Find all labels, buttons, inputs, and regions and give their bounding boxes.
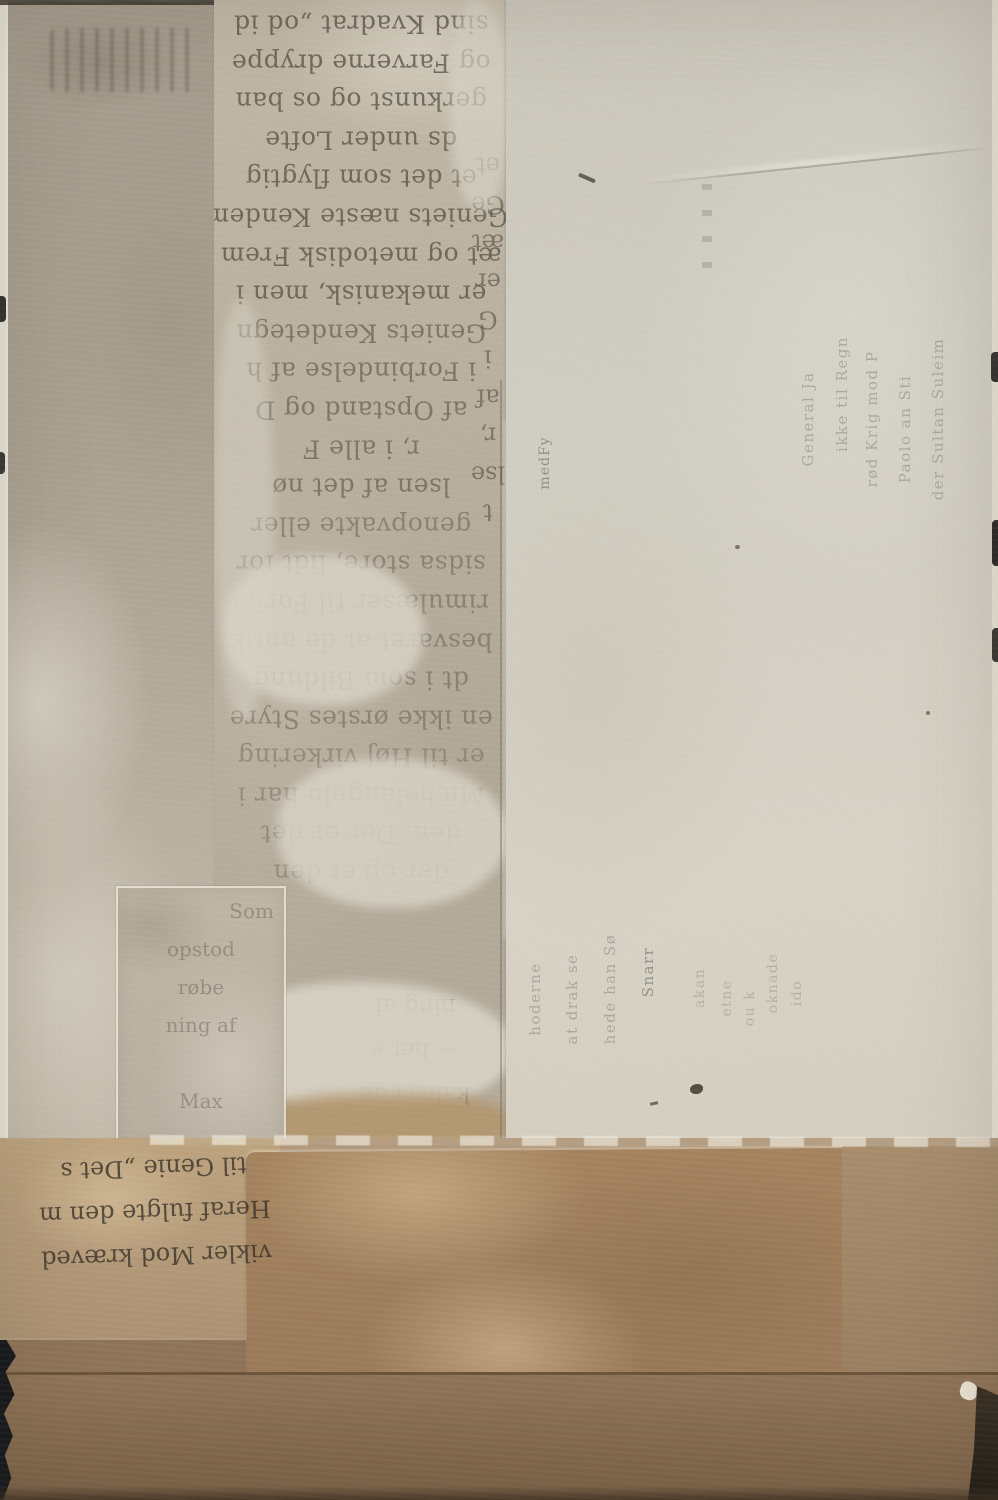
dark-speck	[926, 711, 930, 715]
ghost-text-line: General Ja	[799, 334, 817, 504]
ghost-text-line: ikke til Regn	[833, 309, 851, 479]
ghost-text-line: hede han Sø	[601, 904, 619, 1074]
right-edge-tear	[992, 628, 998, 662]
dark-speck	[578, 173, 596, 184]
ghost-text-line: oknade	[765, 898, 781, 1068]
kraft-paper-bottom-band	[0, 1372, 998, 1500]
patch-text-line: ning af	[118, 1006, 284, 1044]
ghost-text-line: etne	[719, 913, 735, 1083]
ghost-text-line: rød Krig mod P	[863, 334, 881, 504]
patch-text-line: Som	[118, 892, 284, 930]
paper-crease	[500, 380, 502, 1150]
ghost-text-line: ido	[789, 908, 805, 1078]
edge-letter-fragment: æt	[464, 223, 508, 262]
bottom-edge-shadow	[0, 1486, 998, 1500]
faint-print-marks	[702, 168, 712, 268]
kraft-paper-right-piece	[842, 1146, 998, 1376]
patch-text-line	[118, 1044, 284, 1082]
ghost-text-line: at drak se	[563, 914, 581, 1084]
ghost-text-line: Paolo an Sti	[896, 344, 914, 514]
kraft-printed-fragment: til Genie „Det sHeraf fulgte den mvikler…	[0, 1141, 322, 1283]
ghost-text-line: akan	[692, 903, 708, 1073]
collage-artwork-photo: sind Kvadrat „od idog Farverne dryppeger…	[0, 0, 998, 1500]
pasted-paper-patch: Somopstodrøbening afMax	[118, 888, 284, 1142]
ghost-text-line: hoderne	[526, 914, 544, 1084]
edge-letter-fragment: i	[464, 339, 508, 378]
patch-text-line: røbe	[118, 968, 284, 1006]
ghost-text-line: Snarr	[639, 887, 657, 1057]
right-edge-tear	[991, 352, 998, 382]
patch-text-line: opstod	[118, 930, 284, 968]
top-edge-shadow	[0, 0, 214, 5]
cream-painted-panel: General Jaikke til Regnrød Krig mod PPao…	[506, 0, 992, 1154]
ghost-text-line: der Sultan Suleim	[929, 334, 947, 504]
book-text-line: en ikke ørstes Styre	[214, 699, 508, 738]
fold-crease	[637, 146, 995, 186]
brush-stroke-marks	[50, 28, 200, 92]
right-edge-tear	[992, 520, 998, 566]
left-edge-tear	[0, 452, 5, 474]
ghost-text-fragment: medFy	[537, 378, 553, 548]
patch-text: Somopstodrøbening afMax	[118, 888, 284, 1120]
paint-smear	[450, 0, 508, 210]
ghost-text-line: ou k	[742, 923, 758, 1093]
edge-letter-fragment: G	[464, 300, 508, 339]
left-edge-tear	[0, 296, 6, 322]
dark-speck	[735, 545, 740, 549]
edge-letter-fragment: er	[464, 262, 508, 301]
kraft-paper-torn-rectangle	[245, 1148, 861, 1378]
patch-text-line: Max	[118, 1082, 284, 1120]
